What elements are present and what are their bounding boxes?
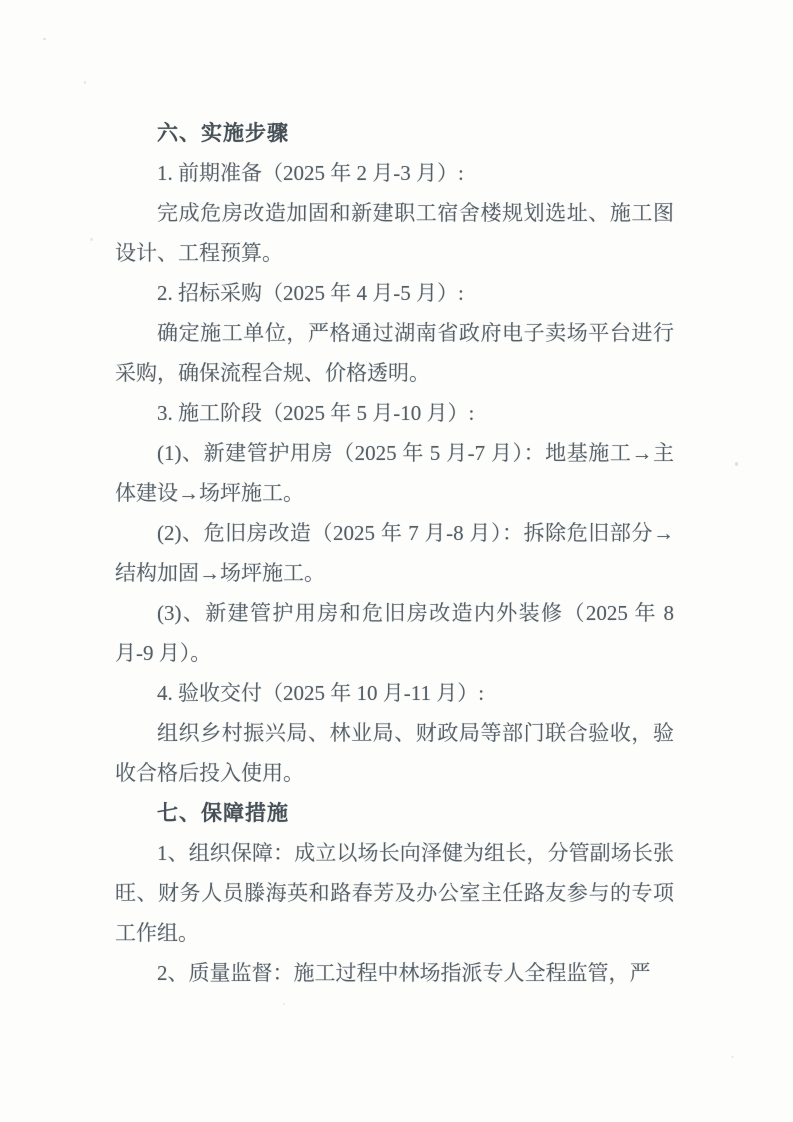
item-3-construction: 3. 施工阶段（2025 年 5 月-10 月）: <box>115 393 674 433</box>
scan-speck <box>735 462 738 466</box>
item-1-preparation: 1. 前期准备（2025 年 2 月-3 月）: <box>115 153 674 193</box>
para-acceptance-detail: 组织乡村振兴局、林业局、财政局等部门联合验收，验收合格后投入使用。 <box>115 713 674 793</box>
para-bidding-detail: 确定施工单位，严格通过湖南省政府电子卖场平台进行采购，确保流程合规、价格透明。 <box>115 313 674 393</box>
document-body: 六、实施步骤 1. 前期准备（2025 年 2 月-3 月）: 完成危房改造加固… <box>115 113 674 993</box>
para-preparation-detail: 完成危房改造加固和新建职工宿舍楼规划选址、施工图设计、工程预算。 <box>115 193 674 273</box>
item-1-organization: 1、组织保障：成立以场长向泽健为组长，分管副场长张旺、财务人员滕海英和路春芳及办… <box>115 833 674 953</box>
section-6-heading: 六、实施步骤 <box>115 113 674 153</box>
scan-speck <box>84 81 86 84</box>
sub-item-1-new-building: (1)、新建管护用房（2025 年 5 月-7 月）：地基施工→主体建设→场坪施… <box>115 433 674 513</box>
item-2-bidding: 2. 招标采购（2025 年 4 月-5 月）: <box>115 273 674 313</box>
item-2-quality: 2、质量监督：施工过程中林场指派专人全程监管，严 <box>115 953 674 993</box>
scan-speck <box>731 1056 734 1058</box>
sub-item-3-decoration: (3)、新建管护用房和危旧房改造内外装修（2025 年 8 月-9 月）。 <box>115 593 674 673</box>
section-7-heading: 七、保障措施 <box>115 793 674 833</box>
scan-speck <box>90 238 93 241</box>
scanned-document-page: 六、实施步骤 1. 前期准备（2025 年 2 月-3 月）: 完成危房改造加固… <box>0 0 793 1122</box>
sub-item-2-renovation: (2)、危旧房改造（2025 年 7 月-8 月）：拆除危旧部分→结构加固→场坪… <box>115 513 674 593</box>
scan-speck <box>43 38 46 40</box>
item-4-acceptance: 4. 验收交付（2025 年 10 月-11 月）: <box>115 673 674 713</box>
scan-speck <box>283 1003 285 1005</box>
